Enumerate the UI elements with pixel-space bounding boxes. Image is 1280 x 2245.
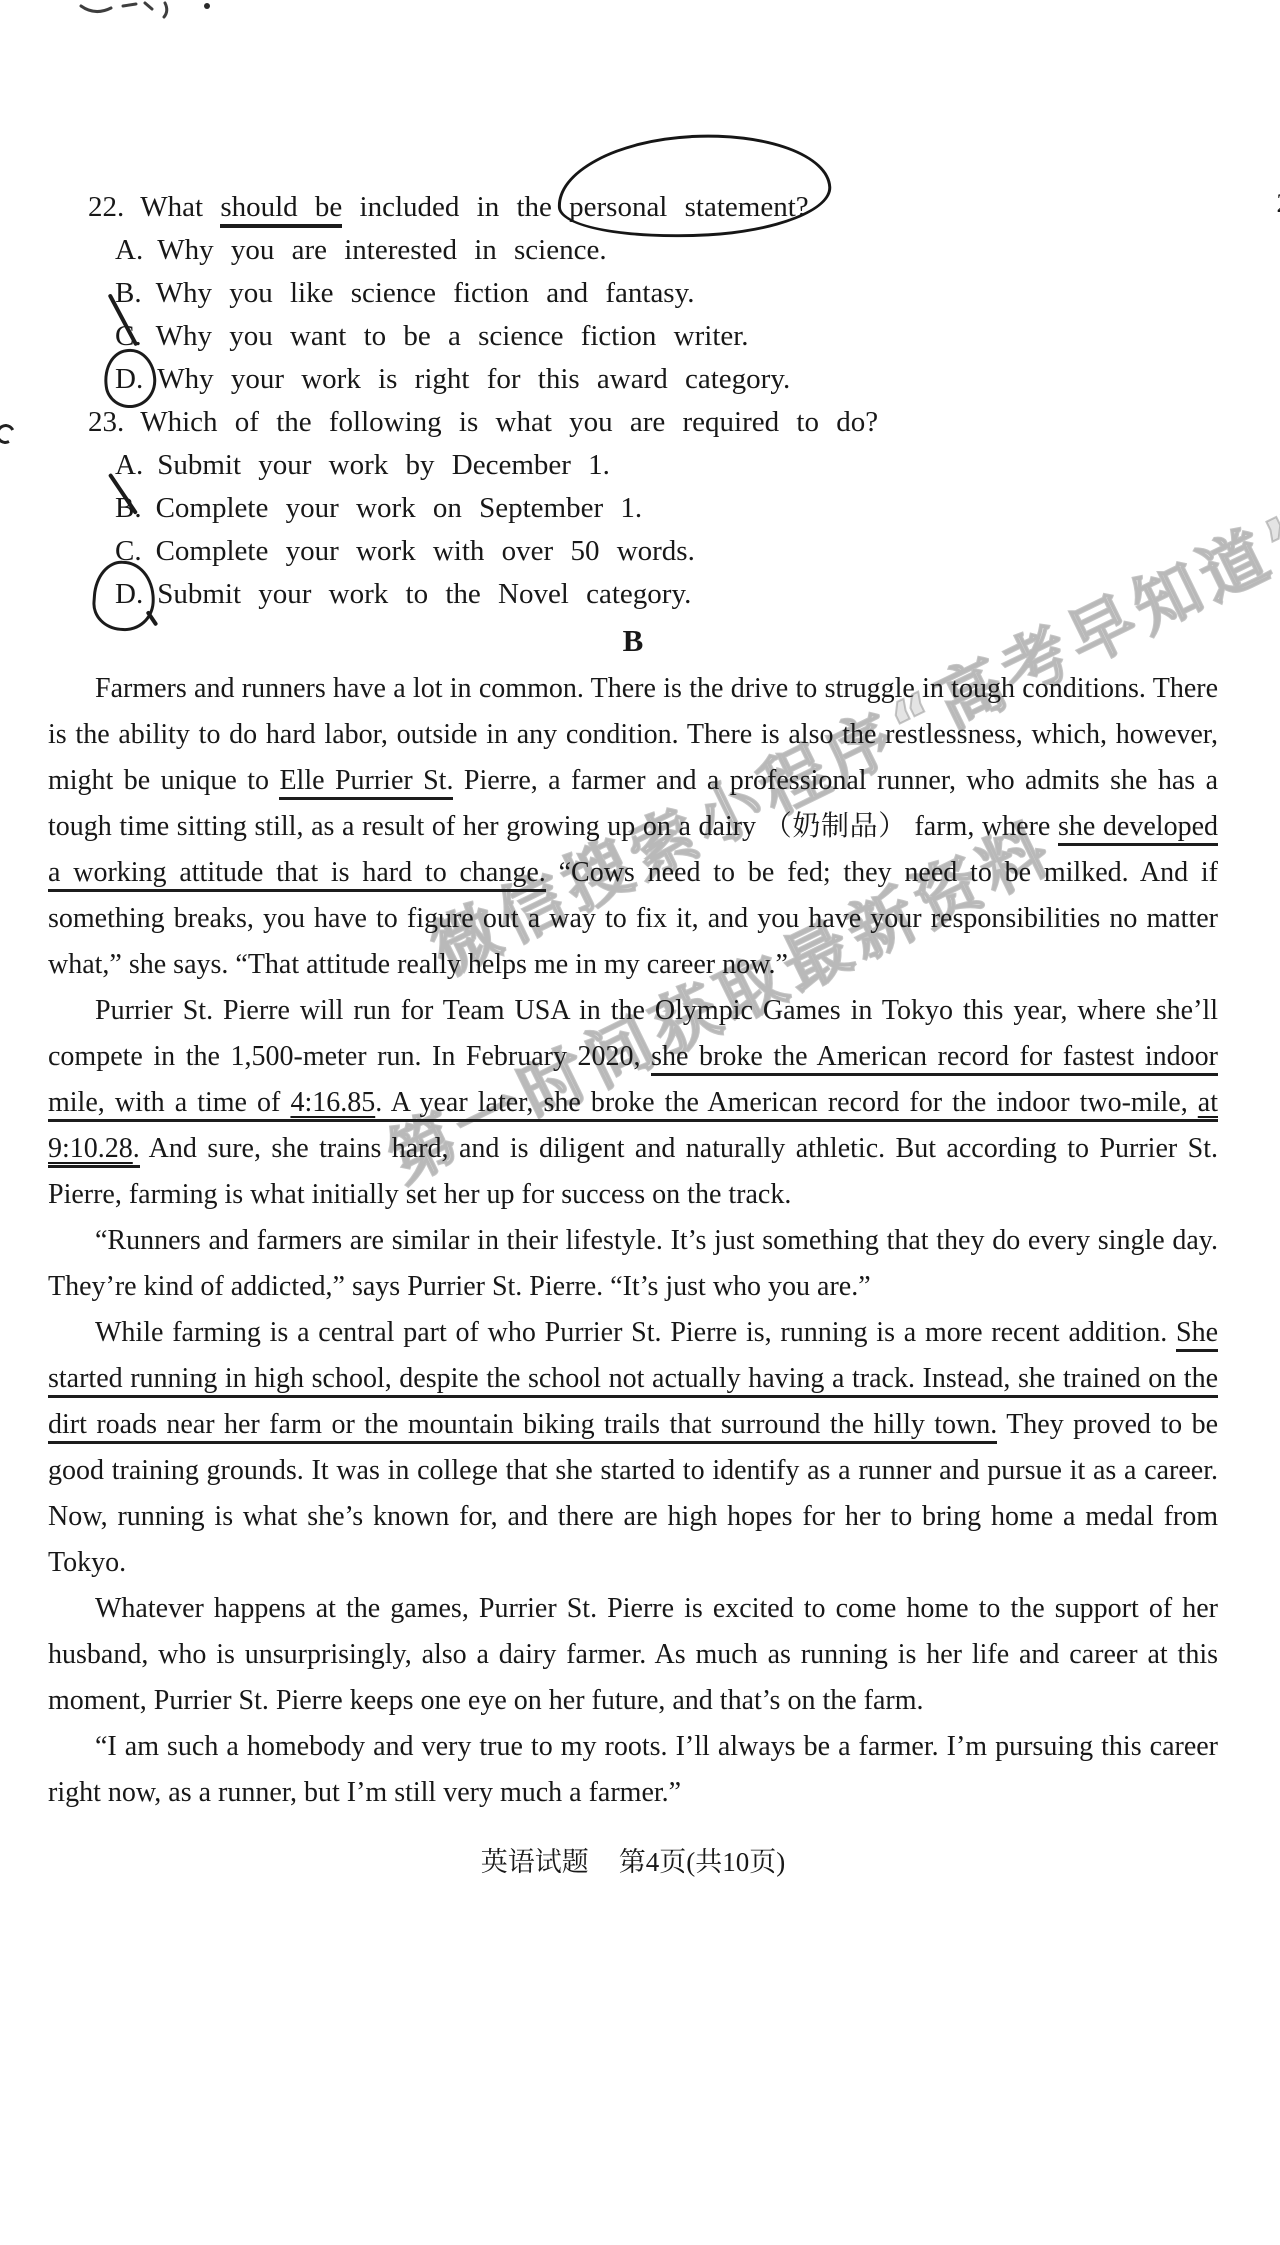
option-letter-pen-circled: D. xyxy=(115,573,143,616)
section-b-header: B xyxy=(48,618,1218,664)
exam-page: 2 微信搜索小程序“高考早知道” 第一时间获取最新资料 22.What shou… xyxy=(0,0,1280,2245)
paragraph-text: “I am such a homebody and very true to m… xyxy=(48,1731,1218,1808)
option-text: Submit your work by December 1. xyxy=(157,449,610,481)
option-23-C: C.Complete your work with over 50 words. xyxy=(115,530,1218,573)
option-text: Complete your work with over 50 words. xyxy=(156,535,695,567)
option-letter: A. xyxy=(115,444,143,487)
paragraph-text: Whatever happens at the games, Purrier S… xyxy=(48,1593,1218,1716)
pen-underlined-phrase: should be xyxy=(220,191,342,228)
paragraph-text: . xyxy=(133,1133,140,1164)
option-letter: B. xyxy=(115,272,142,315)
paragraph-text: A year later, she broke the American rec… xyxy=(391,1087,1198,1118)
paragraph-text: . xyxy=(375,1087,391,1118)
passage-paragraph-3: “Runners and farmers are similar in thei… xyxy=(48,1218,1218,1310)
question-22-stem: 22.What should be included in the person… xyxy=(88,186,1218,229)
passage-paragraph-5: Whatever happens at the games, Purrier S… xyxy=(48,1586,1218,1724)
paragraph-text: “Runners and farmers are similar in thei… xyxy=(48,1225,1218,1302)
reading-passage: Farmers and runners have a lot in common… xyxy=(48,666,1218,1816)
option-22-A: A.Why you are interested in science. xyxy=(115,229,1218,272)
option-text: Submit your work to the Novel category. xyxy=(157,578,691,610)
pen-scribble-marks xyxy=(75,0,535,30)
option-text: Why you want to be a science fiction wri… xyxy=(156,320,749,352)
question-22-stem-text: What xyxy=(140,191,220,223)
footer-page-number: 第4页(共10页) xyxy=(619,1847,785,1877)
option-letter-pen-slashed: B. xyxy=(115,487,142,530)
question-23-stem-text: Which of the following is what you are r… xyxy=(140,406,878,438)
question-22-number: 22. xyxy=(88,191,124,223)
option-letter-pen-slashed: C. xyxy=(115,315,142,358)
question-23-number: 23. xyxy=(88,406,124,438)
edge-page-fragment: 2 xyxy=(1277,188,1280,219)
option-22-C: C.Why you want to be a science fiction w… xyxy=(115,315,1218,358)
option-text: Why you are interested in science. xyxy=(157,234,606,266)
page-footer: 英语试题第4页(共10页) xyxy=(48,1842,1218,1882)
option-letter: C. xyxy=(115,530,142,573)
underlined-time-value: 4:16.85 xyxy=(290,1087,375,1118)
option-text: Complete your work on September 1. xyxy=(156,492,643,524)
passage-paragraph-6: “I am such a homebody and very true to m… xyxy=(48,1724,1218,1816)
question-22-stem-text: included in the xyxy=(342,191,569,223)
pen-circled-phrase: personal statement? xyxy=(569,191,809,223)
option-text: Why your work is right for this award ca… xyxy=(157,363,790,395)
pen-dot xyxy=(204,3,210,9)
option-letter-pen-circled: D. xyxy=(115,358,143,401)
option-22-B: B.Why you like science fiction and fanta… xyxy=(115,272,1218,315)
passage-paragraph-1: Farmers and runners have a lot in common… xyxy=(48,666,1218,988)
option-22-D: D.Why your work is right for this award … xyxy=(115,358,1218,401)
paragraph-text: And sure, she trains hard, and is dilige… xyxy=(48,1133,1218,1210)
option-letter: A. xyxy=(115,229,143,272)
passage-paragraph-4: While farming is a central part of who P… xyxy=(48,1310,1218,1586)
question-23-stem: 23.Which of the following is what you ar… xyxy=(88,401,1218,444)
option-23-B: B.Complete your work on September 1. xyxy=(115,487,1218,530)
passage-paragraph-2: Purrier St. Pierre will run for Team USA… xyxy=(48,988,1218,1218)
pen-underlined-phrase: Elle Purrier St. xyxy=(279,765,453,800)
footer-exam-title: 英语试题 xyxy=(481,1847,589,1877)
paragraph-text: While farming is a central part of who P… xyxy=(95,1317,1176,1348)
option-text: Why you like science fiction and fantasy… xyxy=(156,277,695,309)
option-23-D: D.Submit your work to the Novel category… xyxy=(115,573,1218,616)
option-23-A: A.Submit your work by December 1. xyxy=(115,444,1218,487)
questions-section: 22.What should be included in the person… xyxy=(48,0,1218,616)
